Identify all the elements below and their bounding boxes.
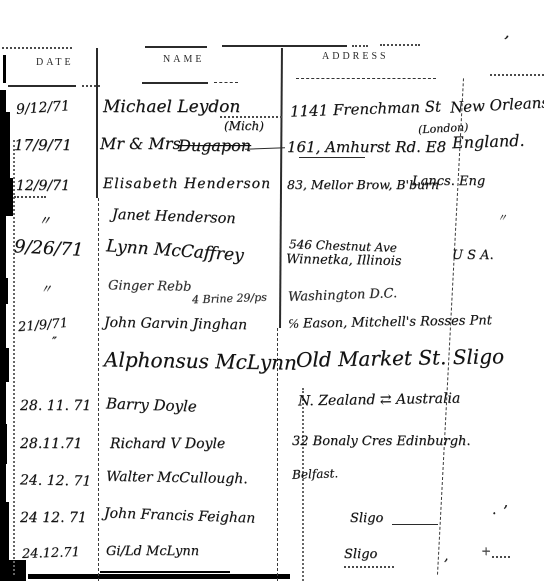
entry-1-name-trailing-line [220,116,282,118]
entry-2-address-right: England. [452,131,525,153]
entry-13-address-underline [344,566,394,568]
stray-mark-dots-bottom [492,556,510,558]
entry-13-date: 24.12.71 [22,545,80,562]
rule-vertical-faint [302,388,304,581]
entry-2-name: Mr & Mrs [100,134,181,153]
entry-2-strike-extension [245,147,285,149]
scan-artifact-bottom-bar [28,574,290,579]
entry-13-address: Sligo [344,547,377,562]
entry-12-address: Sligo [350,511,383,526]
rule-top-segment [222,45,347,47]
entry-3-date: 12/9/71 [16,178,70,194]
entry-10-date: 28.11.71 [20,436,82,452]
column-header-date: DATE [36,57,74,68]
entry-7-date-note: ″ [52,335,57,350]
stray-mark-comma-bottom: , [444,548,448,564]
entry-12-name: John Francis Feighan [104,505,256,526]
entry-8-address: Old Market St. Sligo [296,344,504,372]
entry-12-date: 24 12. 71 [20,510,87,526]
entry-6-name-note: 4 Brine 29/ps [192,291,267,307]
rule-left-margin-dotted [13,140,15,575]
scan-artifact-blob [0,112,10,178]
entry-1-address-right: New Orleans [450,93,544,116]
entry-2-date: 17/9/71 [14,136,72,154]
rule-top-segment [145,46,207,48]
rule-under-name-dash [214,82,238,83]
entry-1-name: Michael Leydon [103,97,240,117]
scan-artifact-bottom-bar-thin [100,571,230,573]
entry-1-name-note: (Mich) [224,119,264,133]
rule-vertical-date-name-lower [98,198,99,581]
scan-artifact-blob [0,178,13,216]
entry-4-date-ditto: 〃 [38,210,51,229]
stray-mark-apostrophe-top: ’ [501,32,510,52]
entry-3-address-right: Lancs. Eng [412,174,485,189]
column-header-name: NAME [163,54,204,65]
entry-13-name: Gi/Ld McLynn [106,544,199,559]
scan-artifact-blob [0,424,7,464]
entry-9-date: 28. 11. 71 [20,398,91,414]
entry-2-address-underline [299,157,365,158]
rule-top-segment [380,44,420,46]
entry-3-name: Elisabeth Henderson [103,176,271,192]
rule-under-address [296,78,436,79]
rule-under-date [8,85,76,87]
entry-6-address: Washington D.C. [288,286,398,305]
entry-7-name: John Garvin Jinghan [104,315,247,333]
rule-vertical-date-name [96,48,98,198]
entry-9-address: N. Zealand ⇄ Australia [298,391,461,410]
entry-5-name: Lynn McCaffrey [105,236,244,266]
entry-1-address: 1141 Frenchman St [290,97,442,120]
entry-5-address-line2: Winnetka, Illinois [286,252,402,269]
entry-3-date-underline [14,196,46,198]
entry-7-address: ℅ Eason, Mitchell's Rosses Pnt [288,312,492,332]
entry-6-date-ditto: 〃 [40,280,52,297]
entry-6-name: Ginger Rebb [108,278,192,294]
entry-2-name-struck: Dugapon [178,136,251,155]
rule-vertical-name-address [279,48,283,328]
scan-artifact-blob [0,348,9,382]
column-header-address: ADDRESS [322,51,389,62]
rule-top-segment [2,47,72,49]
entry-11-date: 24. 12. 71 [20,472,92,489]
scan-artifact-blob [0,278,8,304]
entry-12-address-trailing-line [392,524,438,525]
entry-10-name: Richard V Doyle [110,436,225,452]
entry-7-date: 21/9/71 [17,316,68,335]
entry-4-name: Janet Henderson [112,207,236,227]
entry-11-name: Walter McCullough. [106,469,248,487]
entry-9-name: Barry Doyle [106,394,197,415]
entry-4-address-ditto: 〃 [497,209,507,224]
rule-top-segment [352,45,368,47]
entry-5-address-right: U S A. [452,248,494,263]
scan-artifact-top-tick [3,55,6,83]
stray-mark-apostrophe-right: ’ [503,502,508,520]
entry-1-date: 9/12/71 [16,98,71,118]
entry-10-address: 32 Bonaly Cres Edinburgh. [292,434,471,449]
entry-11-address: Belfast. [292,466,339,482]
stray-mark-dot-right: · [492,506,496,522]
entry-5-date: 9/26/71 [13,236,83,261]
stray-mark-plus-bottom: + [481,544,491,558]
scanned-register-page: DATE NAME ADDRESS 9/12/71 Michael Leydon… [0,0,544,581]
entry-2-address: 161, Amhurst Rd. E8 [287,138,446,156]
rule-under-name [142,82,208,84]
entry-8-name: Alphonsus McLynn [104,347,297,374]
rule-top-right-dotted [490,74,544,76]
